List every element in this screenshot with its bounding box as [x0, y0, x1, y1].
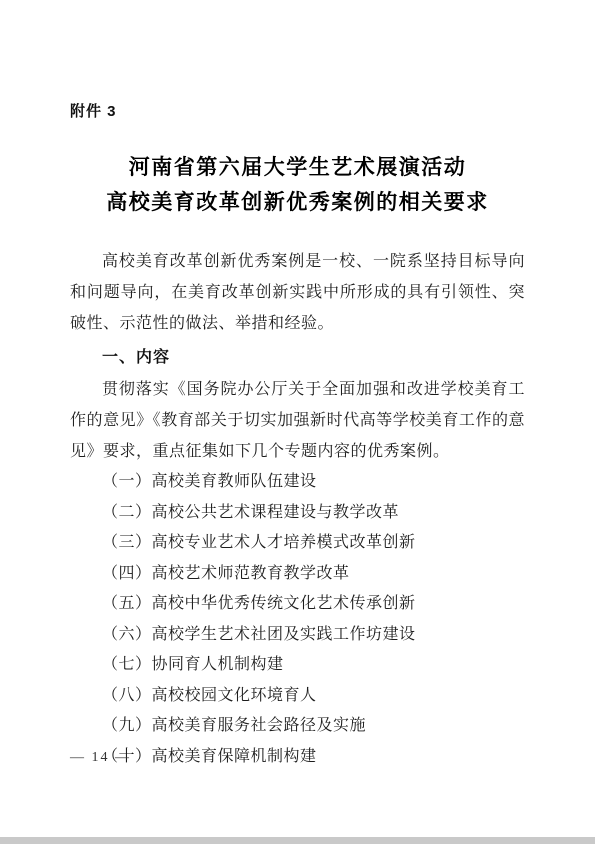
attachment-label: 附件 3 [70, 0, 525, 121]
document-title-line-1: 河南省第六届大学生艺术展演活动 [70, 150, 525, 185]
topic-item-7: （七）协同育人机制构建 [70, 650, 525, 681]
scan-edge [0, 837, 595, 844]
topic-item-10: （十）高校美育保障机制构建 [70, 742, 525, 773]
topic-item-6: （六）高校学生艺术社团及实践工作坊建设 [70, 620, 525, 651]
topic-item-9: （九）高校美育服务社会路径及实施 [70, 711, 525, 742]
document-title: 河南省第六届大学生艺术展演活动 高校美育改革创新优秀案例的相关要求 [70, 150, 525, 220]
document-title-line-2: 高校美育改革创新优秀案例的相关要求 [70, 185, 525, 220]
topic-item-5: （五）高校中华优秀传统文化艺术传承创新 [70, 589, 525, 620]
section-intro-paragraph: 贯彻落实《国务院办公厅关于全面加强和改进学校美育工作的意见》《教育部关于切实加强… [70, 374, 525, 467]
topic-item-3: （三）高校专业艺术人才培养模式改革创新 [70, 528, 525, 559]
topic-item-2: （二）高校公共艺术课程建设与教学改革 [70, 498, 525, 529]
topic-list: （一）高校美育教师队伍建设 （二）高校公共艺术课程建设与教学改革 （三）高校专业… [70, 467, 525, 772]
document-page: 附件 3 河南省第六届大学生艺术展演活动 高校美育改革创新优秀案例的相关要求 高… [0, 0, 595, 844]
topic-item-1: （一）高校美育教师队伍建设 [70, 467, 525, 498]
page-number: — 14 — [70, 750, 131, 766]
section-heading-content: 一、内容 [70, 342, 525, 373]
topic-item-4: （四）高校艺术师范教育教学改革 [70, 559, 525, 590]
topic-item-8: （八）高校校园文化环境育人 [70, 681, 525, 712]
intro-paragraph: 高校美育改革创新优秀案例是一校、一院系坚持目标导向和问题导向，在美育改革创新实践… [70, 246, 525, 339]
